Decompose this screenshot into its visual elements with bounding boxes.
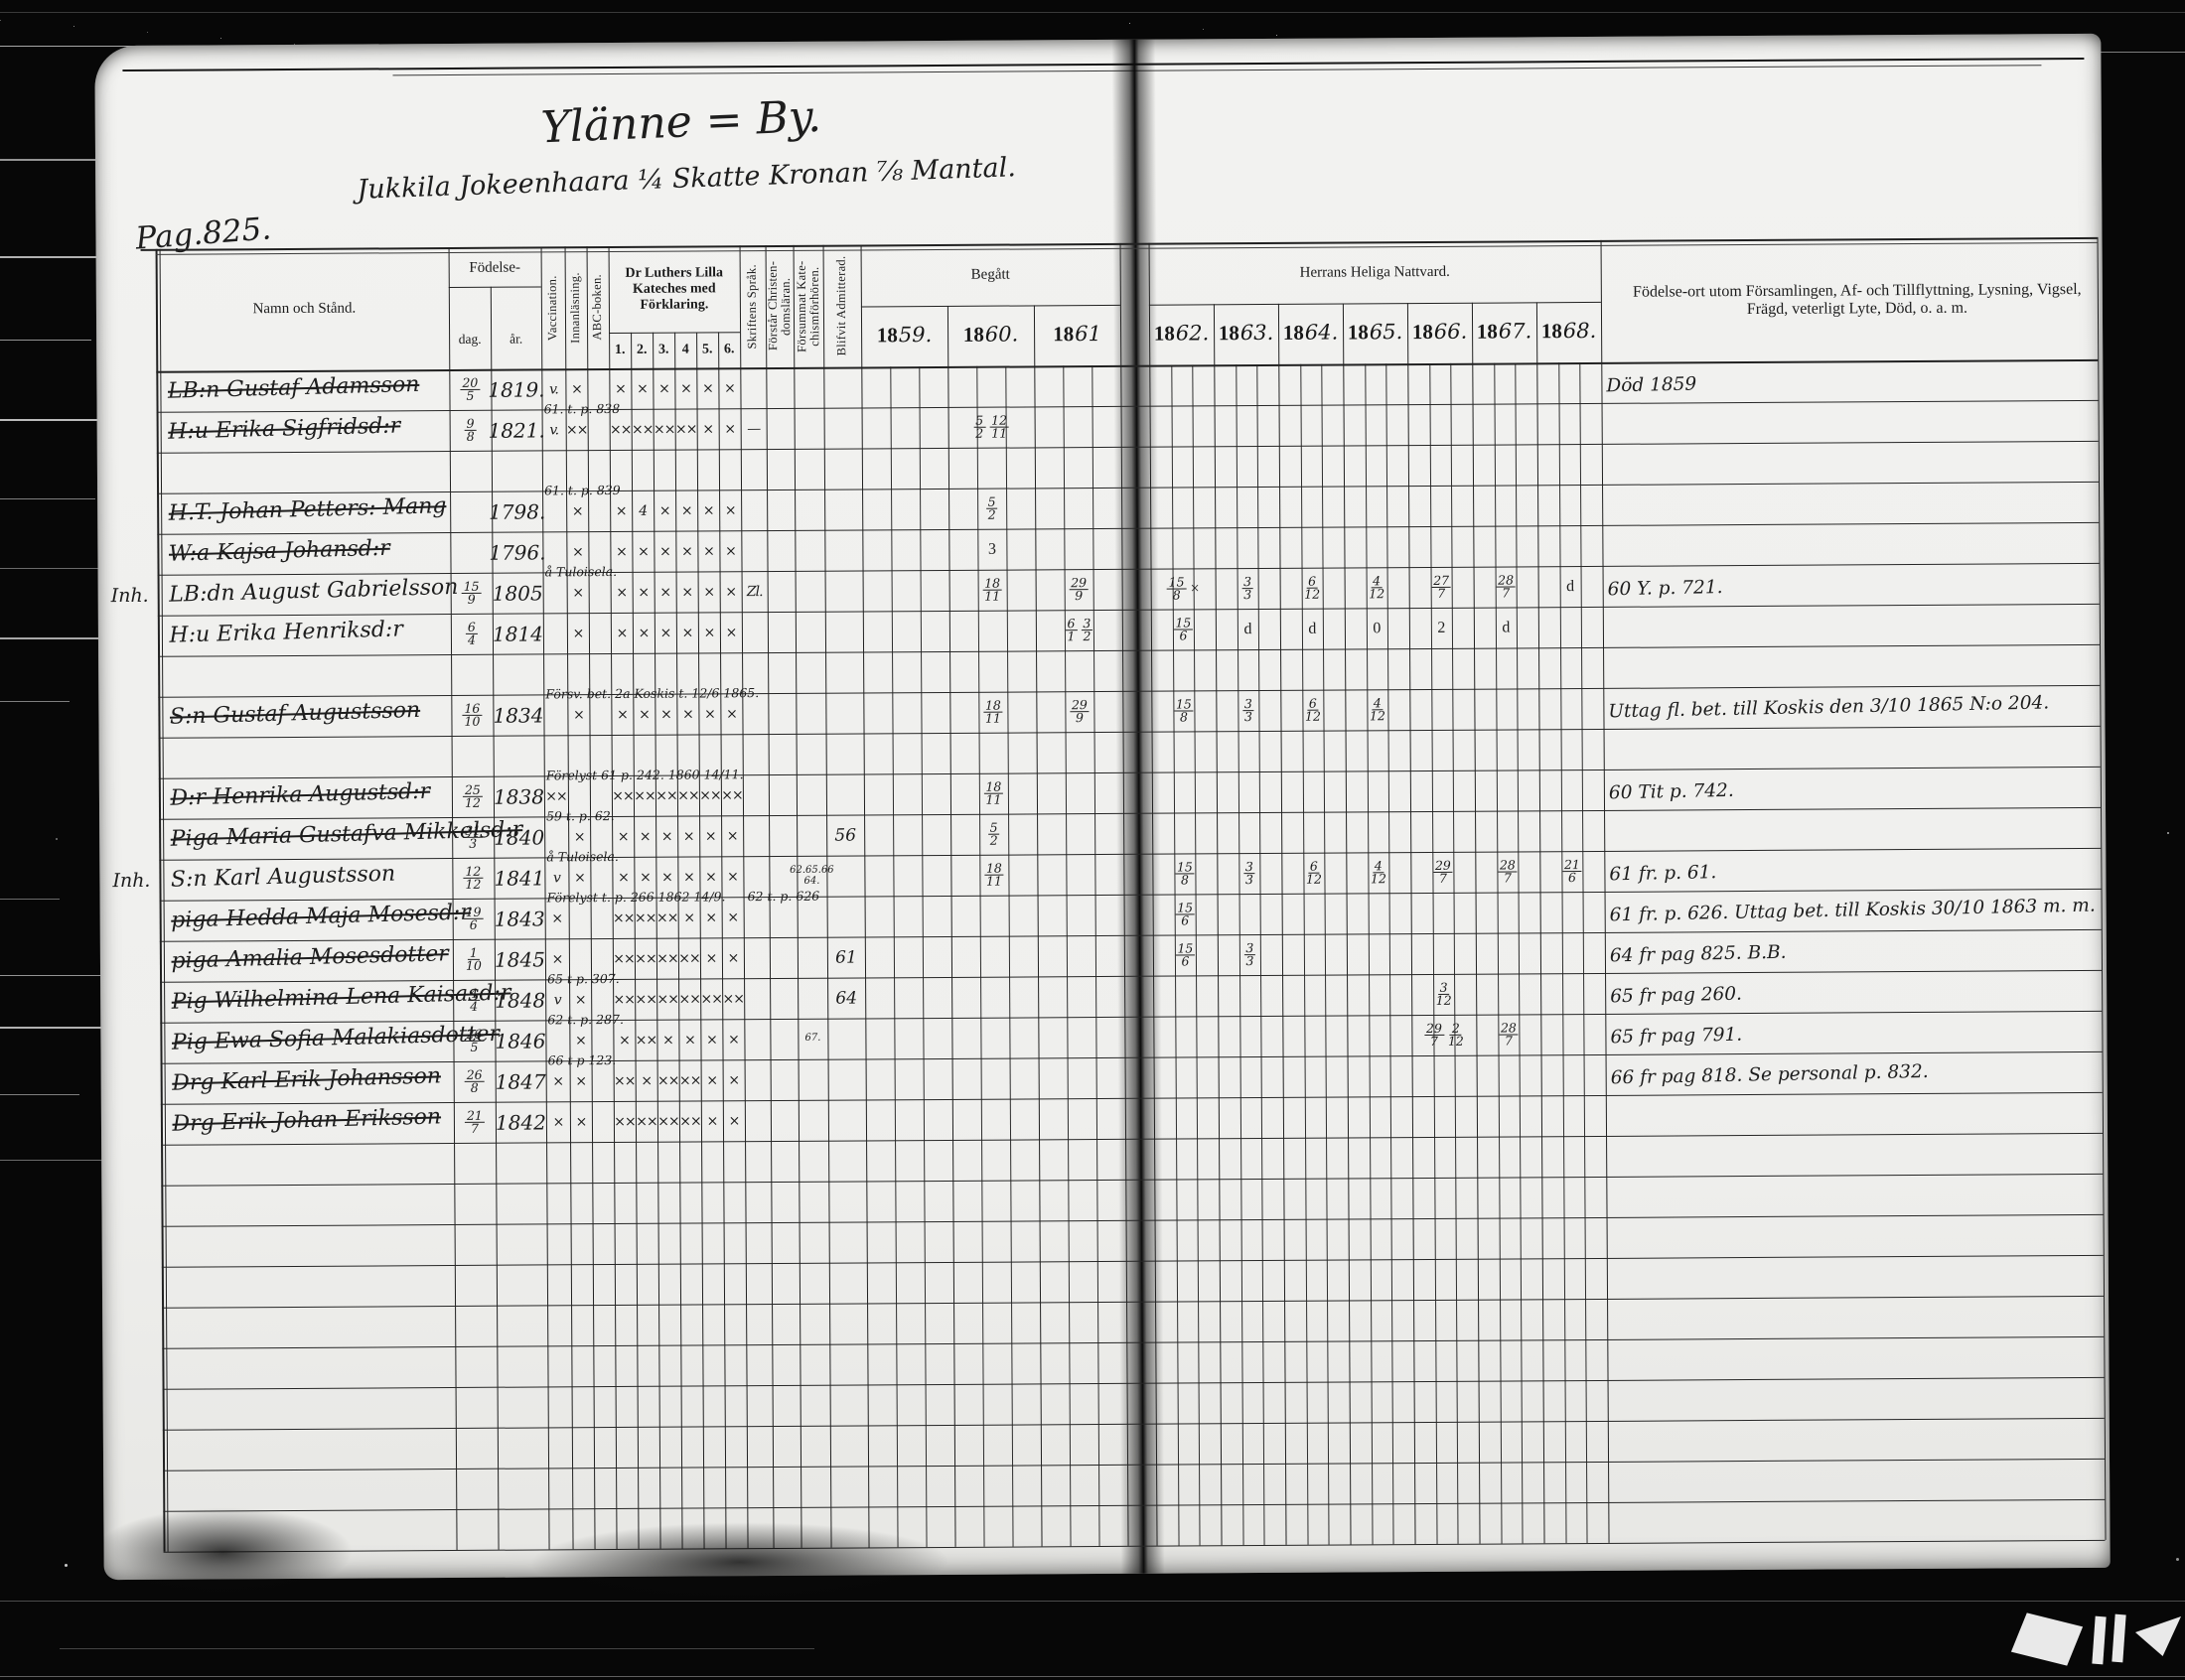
vaccination-mark: × <box>546 1101 570 1142</box>
table-grid <box>94 34 2101 46</box>
film-speck <box>1129 23 1130 24</box>
year-label: 1864. <box>1278 304 1343 361</box>
film-speck <box>0 20 1 21</box>
column-header-name: Namn och Stånd. <box>160 247 450 371</box>
column-header-communion: Herrans Heliga Nattvard. <box>1149 240 1601 305</box>
film-frame-mark <box>2011 1612 2083 1665</box>
catechism-mark: ×× <box>679 1100 701 1141</box>
person-name: S:n Gustaf Augustsson <box>169 689 450 738</box>
catechism-subcolumn-label: 5. <box>696 332 718 367</box>
birth-day: 159 <box>451 573 493 614</box>
catechism-subcolumn-label: 3. <box>653 333 674 368</box>
begatt-entry: 299 <box>1036 691 1122 733</box>
communion-entry: 2 <box>1409 608 1474 648</box>
reading-mark: × <box>570 1101 592 1142</box>
catechism-mark: ×× <box>636 1101 657 1142</box>
column-header-admitted: Blifvit Admit­terad. <box>823 244 862 366</box>
year-label: 1867. <box>1472 302 1536 359</box>
person-name: H:u Erika Henriksd:r <box>169 608 450 656</box>
grid-line <box>1063 365 1071 1546</box>
film-frame-mark <box>2112 1614 2125 1663</box>
birth-year: 1845 <box>495 938 545 979</box>
begatt-entry: 1811 <box>949 691 1036 733</box>
communion-entry: 0 <box>1345 608 1409 648</box>
column-header-birth: Födelse- <box>449 248 541 287</box>
page-top-edge <box>122 58 2084 71</box>
grid-line <box>1365 363 1373 1544</box>
scanned-register-spread: Pag.825. Ylänne = By. Jukkila Jokeenhaar… <box>0 0 2185 1680</box>
birth-day: 205 <box>449 369 491 410</box>
row-annotation: Förelyst 61 p. 242. 1860 14/11. <box>546 767 844 783</box>
birth-day: 268 <box>454 1061 496 1102</box>
year-label: 1866. <box>1407 303 1472 360</box>
communion-entry: d <box>1538 566 1603 607</box>
grid-line <box>1034 305 1043 1546</box>
communion-entry: 287 <box>1474 566 1538 607</box>
begatt-entry: 521211 <box>948 406 1035 448</box>
film-frame-mark <box>2135 1616 2181 1656</box>
communion-entry: 156 <box>1153 894 1218 934</box>
begatt-entry: 3 <box>948 528 1035 570</box>
catechism-mark: ×× <box>657 1101 679 1142</box>
communion-entry: d <box>1280 609 1345 649</box>
row-annotation: 59 t. p. 62. <box>546 807 844 824</box>
catechism-mark: ×× <box>614 1101 636 1142</box>
year-label: 1868. <box>1536 302 1601 359</box>
catechism-subcolumn-label: 4 <box>674 332 696 367</box>
birth-year: 1847 <box>496 1060 546 1101</box>
birth-year: 1843 <box>495 898 545 938</box>
film-scratch <box>60 1648 814 1649</box>
row-annotation: 61. t. p. 839 <box>544 482 842 498</box>
communion-entry: 287 <box>1475 851 1539 892</box>
birth-year: 1842 <box>496 1101 546 1142</box>
column-header-begatt: Begått <box>861 243 1120 307</box>
film-scratch <box>0 975 107 976</box>
row-annotation: 66 t p 123. <box>548 1051 846 1068</box>
communion-entry: 216 <box>1539 851 1604 892</box>
grid-line <box>1429 363 1437 1544</box>
margin-note: Inh. <box>105 860 157 901</box>
communion-entry: 412 <box>1346 852 1410 893</box>
column-header-catechism: Dr Luthers Lilla Kate­ches med Förklarin… <box>609 248 740 331</box>
birth-year: 1840 <box>494 816 544 857</box>
catechism-mark: × <box>701 1100 723 1141</box>
year-label: 1862. <box>1149 304 1214 361</box>
column-header-birth-day: dag. <box>449 314 491 365</box>
column-header-reading: Innanläsning. <box>565 246 588 368</box>
film-frame-mark <box>2092 1616 2106 1665</box>
column-header-scripture: Skriftens Språk. <box>740 245 767 367</box>
grid-line <box>1343 304 1352 1545</box>
catechism-subcolumns: 1.2.3.45.6. <box>94 34 2101 46</box>
grid-line <box>890 366 898 1547</box>
birth-year: 1838 <box>494 775 544 816</box>
film-speck <box>220 38 221 39</box>
film-scratch <box>0 1094 79 1095</box>
begatt-entry: 1811 <box>950 854 1037 896</box>
film-scratch <box>0 1676 2185 1677</box>
reading-mark: × <box>567 613 589 653</box>
year-label: 1863. <box>1214 304 1278 361</box>
birth-year: 1805 <box>493 572 543 613</box>
grid-line <box>1515 362 1523 1543</box>
grid-line <box>1450 363 1458 1544</box>
birth-day: 1610 <box>451 695 493 736</box>
film-speck <box>2176 1558 2179 1561</box>
catechism-subcolumn-label: 2. <box>631 333 653 368</box>
film-scratch <box>0 340 91 341</box>
communion-entry: 612 <box>1280 690 1345 731</box>
catechism-subcolumn-label: 1. <box>609 333 631 368</box>
birth-day: 265 <box>453 1021 495 1061</box>
film-scratch <box>0 498 95 499</box>
row-annotation: 65 t p. 307. <box>547 970 845 987</box>
notes-entry: Död 1859 <box>1606 355 2099 406</box>
grid-line <box>1385 363 1393 1544</box>
person-name: Drg Erik Johan Eriksson <box>172 1096 453 1145</box>
notes-entry: 60 Tit p. 742. <box>1609 763 2102 813</box>
communion-entry: 33 <box>1216 568 1280 609</box>
communion-entry: 156 <box>1153 934 1218 975</box>
birth-year: 1848 <box>495 979 545 1020</box>
communion-entry: 158× <box>1151 568 1216 609</box>
grid-line <box>919 366 927 1547</box>
communion-entry: 277 <box>1409 567 1474 608</box>
communion-entry: d <box>1216 609 1280 649</box>
communion-entry: d <box>1474 607 1538 647</box>
birth-day: 1212 <box>452 858 494 899</box>
catechism-mark: × <box>720 612 742 652</box>
birth-year: 1846 <box>495 1020 545 1060</box>
communion-year-labels: 1862.1863.1864.1865.1866.1867.1868. <box>94 34 2101 46</box>
birth-day: 44 <box>453 980 495 1021</box>
column-header-missed-catechism: Försummat Kate­chismförhören. <box>794 245 824 367</box>
margin-note: Inh. <box>104 575 156 616</box>
birth-day: 110 <box>453 939 495 980</box>
communion-entry: 297 <box>1410 852 1475 893</box>
film-speck <box>1276 35 1277 36</box>
row-annotation: Försv. bet. 2a Koskis t. 12/6 1865. <box>545 685 843 702</box>
column-header-vaccination: Vaccination. <box>541 246 566 368</box>
begatt-entry: 6132 <box>1036 610 1122 651</box>
grid-line <box>449 286 541 288</box>
begatt-year-labels: 1859.1860.1861 <box>94 34 2101 46</box>
catechism-mark: × <box>655 613 676 653</box>
communion-entry: 158 <box>1152 853 1217 894</box>
row-annotation: 62 t. p. 287. <box>547 1011 845 1028</box>
catechism-subcolumn-label: 6. <box>718 332 740 367</box>
film-speck <box>65 1564 68 1567</box>
film-scratch <box>0 899 60 900</box>
begatt-entry: 52 <box>950 813 1037 855</box>
year-label: 1860. <box>947 305 1034 363</box>
catechism-mark: × <box>611 613 633 653</box>
birth-day: 313 <box>452 817 494 858</box>
communion-entry: 287 <box>1476 1014 1540 1054</box>
year-label: 1861 <box>1034 305 1120 363</box>
column-header-notes: Födelse-ort utom Församlingen, Af- och T… <box>1606 237 2110 362</box>
year-label: 1859. <box>861 306 947 364</box>
catechism-mark: × <box>723 1100 745 1141</box>
page-scan: Pag.825. Ylänne = By. Jukkila Jokeenhaar… <box>94 34 2110 1580</box>
communion-entry: 33 <box>1216 690 1280 731</box>
row-annotation: 61. t. p. 838 <box>543 400 841 417</box>
film-speck <box>56 838 58 840</box>
row-annotation: å Tuloisela. <box>546 848 844 865</box>
grid-line <box>1579 362 1587 1543</box>
grid-line <box>1472 303 1481 1544</box>
film-speck <box>147 32 148 33</box>
grid-line <box>1536 302 1545 1543</box>
communion-entry: 33 <box>1218 934 1282 975</box>
grid-line <box>1494 363 1502 1544</box>
catechism-mark: × <box>633 613 655 653</box>
row-annotation: 62 t. p. 626 <box>747 888 916 904</box>
grid-line <box>1278 304 1287 1545</box>
village-title: Ylänne = By. <box>333 82 1030 162</box>
birth-year: 1841 <box>494 857 544 898</box>
grid-line <box>1321 364 1329 1545</box>
communion-entry: 297212 <box>1411 1015 1476 1055</box>
film-speck <box>2167 832 2169 834</box>
birth-year: 1819. <box>491 368 541 409</box>
communion-entry: 33 <box>1217 853 1281 894</box>
catechism-mark: × <box>698 612 720 652</box>
scan-smudge <box>93 1507 353 1599</box>
table-rows: LB:n Gustaf Adamsson2051819.v.×××××××Död… <box>94 34 2101 46</box>
communion-entry: 612 <box>1281 853 1346 894</box>
birth-year: 1796. <box>492 531 542 572</box>
birth-day: 217 <box>454 1102 496 1143</box>
film-scratch <box>0 1601 2185 1602</box>
grid-line <box>1558 362 1566 1543</box>
begatt-entry: 1811 <box>949 569 1036 611</box>
communion-entry: 156 <box>1151 609 1216 649</box>
notes-entry: 66 fr pag 818. Se personal p. 832. <box>1610 1048 2103 1098</box>
begatt-entry: 52 <box>948 488 1035 529</box>
communion-entry: 412 <box>1345 689 1409 730</box>
column-header-birth-year: år. <box>491 313 541 364</box>
year-label: 1865. <box>1343 303 1407 360</box>
person-name: H:u Erika Sigfridsd:r <box>168 404 449 453</box>
birth-year: 1834 <box>493 694 543 735</box>
grid-line <box>1407 303 1416 1544</box>
column-header-understands: Förstår Christen­domsläran. <box>766 245 795 367</box>
notes-entry: 60 Y. p. 721. <box>1607 559 2100 610</box>
film-scratch <box>0 701 70 702</box>
birth-day: 64 <box>451 614 493 654</box>
birth-year: 1798. <box>492 490 542 531</box>
film-speck <box>1203 29 1204 30</box>
begatt-entry: 1811 <box>950 772 1037 814</box>
scan-smudge <box>530 1521 947 1604</box>
film-speck <box>73 26 74 27</box>
notes-entry: Uttag fl. bet. till Koskis den 3/10 1865… <box>1608 681 2101 732</box>
communion-entry: 612 <box>1280 568 1345 609</box>
birth-day: 196 <box>453 899 495 939</box>
grid-line <box>1300 364 1308 1545</box>
birth-year: 1821. <box>492 409 542 450</box>
film-scratch <box>0 12 2185 13</box>
communion-entry: 158 <box>1151 690 1216 731</box>
begatt-entry: 299 <box>1036 569 1122 611</box>
birth-year: 1814 <box>493 613 543 653</box>
row-annotation: å Tuloisela. <box>544 563 842 580</box>
grid-line <box>1092 365 1099 1546</box>
column-header-abc-book: ABC-boken. <box>587 246 610 368</box>
communion-entry: 312 <box>1411 974 1476 1015</box>
communion-entry: 412 <box>1345 567 1409 608</box>
birth-day: 2512 <box>452 776 494 817</box>
birth-day: 98 <box>450 410 492 451</box>
catechism-mark: × <box>676 612 698 652</box>
